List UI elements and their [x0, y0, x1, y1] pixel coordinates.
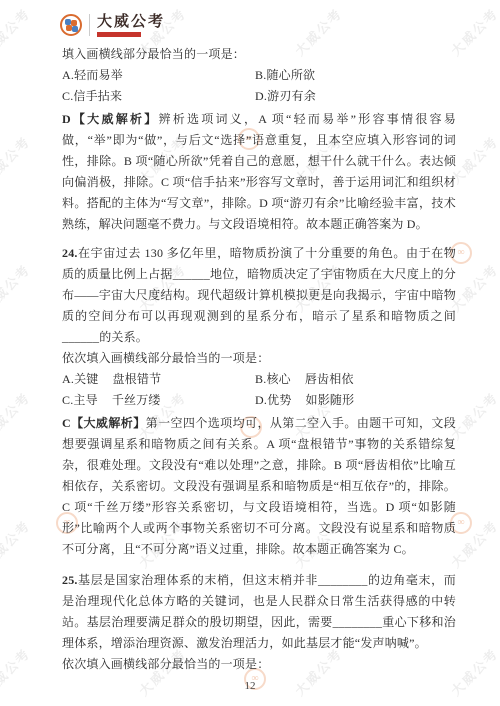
q25-prompt: 依次填入画横线部分最恰当的一项是： [62, 654, 456, 675]
q23-option-c: C.信手拈来 [62, 86, 255, 107]
option-word2: 如影随形 [306, 393, 355, 407]
q23-analysis-body: 辨析选项词义，A 项“轻而易举”形容事情很容易做，“举”即为“做”，与后文“选择… [62, 112, 456, 231]
option-text: 轻而易举 [74, 68, 123, 82]
brand-header: 大威公考 [60, 12, 456, 38]
option-word2: 唇齿相依 [305, 372, 354, 386]
option-word1: 关键 [74, 372, 98, 386]
option-word2: 千丝万缕 [112, 393, 161, 407]
brand-banner [97, 32, 141, 37]
q23-analysis: D【大威解析】辨析选项词义，A 项“轻而易举”形容事情很容易做，“举”即为“做”… [62, 109, 456, 235]
q25-stem: 25.基层是国家治理体系的末梢，但这末梢并非________的边角毫末，而是治理… [62, 570, 456, 654]
q23-analysis-lead: D【大威解析】 [62, 112, 158, 126]
q24-option-d: D.优势如影随形 [255, 390, 456, 411]
option-label: C. [62, 393, 73, 407]
option-label: A. [62, 68, 74, 82]
option-label: B. [255, 372, 266, 386]
q24-analysis-lead: C【大威解析】 [62, 416, 146, 430]
q24-analysis: C【大威解析】第一空四个选项均可，从第二空入手。由题干可知，文段想要强调星系和暗… [62, 413, 456, 560]
brand-name: 大威公考 [97, 14, 165, 30]
q24-prompt: 依次填入画横线部分最恰当的一项是： [62, 348, 456, 369]
q24-stem-text: 在宇宙过去 130 多亿年里，暗物质扮演了十分重要的角色。由于在物质的质量比例上… [62, 246, 456, 344]
brand-text-block: 大威公考 [97, 14, 165, 37]
q23-option-d: D.游刃有余 [255, 86, 456, 107]
option-word1: 优势 [267, 393, 291, 407]
q24-number: 24. [62, 246, 78, 260]
option-label: A. [62, 372, 74, 386]
q24-analysis-body: 第一空四个选项均可，从第二空入手。由题干可知，文段想要强调星系和暗物质之间有关系… [62, 416, 456, 556]
q24-stem: 24.在宇宙过去 130 多亿年里，暗物质扮演了十分重要的角色。由于在物质的质量… [62, 243, 456, 348]
q23-option-b: B.随心所欲 [255, 65, 456, 86]
q24-option-a: A.关键盘根错节 [62, 369, 255, 390]
q23-option-a: A.轻而易举 [62, 65, 255, 86]
q23-prompt: 填入画横线部分最恰当的一项是： [62, 44, 456, 65]
q24-option-b: B.核心唇齿相依 [255, 369, 456, 390]
q24-options: A.关键盘根错节 B.核心唇齿相依 C.主导千丝万缕 D.优势如影随形 [62, 369, 456, 411]
logo-divider [89, 14, 90, 36]
document-page: 大威公考 大威公考 大威公考 大威公考 大威公考 大威公考 大威公考 大威公考 … [0, 0, 500, 706]
q25-number: 25. [62, 573, 78, 587]
option-label: D. [255, 393, 267, 407]
option-label: B. [255, 68, 266, 82]
q23-options: A.轻而易举 B.随心所欲 C.信手拈来 D.游刃有余 [62, 65, 456, 107]
option-text: 随心所欲 [266, 68, 315, 82]
option-text: 游刃有余 [267, 89, 316, 103]
option-word2: 盘根错节 [112, 372, 161, 386]
option-label: D. [255, 89, 267, 103]
option-text: 信手拈来 [73, 89, 122, 103]
page-content: 大威公考 填入画横线部分最恰当的一项是： A.轻而易举 B.随心所欲 C.信手拈… [0, 0, 500, 675]
brand-logo-icon [60, 14, 82, 36]
option-word1: 核心 [266, 372, 290, 386]
q25-stem-text: 基层是国家治理体系的末梢，但这末梢并非________的边角毫末，而是治理现代化… [62, 573, 456, 650]
option-word1: 主导 [73, 393, 97, 407]
option-label: C. [62, 89, 73, 103]
q24-option-c: C.主导千丝万缕 [62, 390, 255, 411]
page-number: 12 [0, 680, 500, 692]
